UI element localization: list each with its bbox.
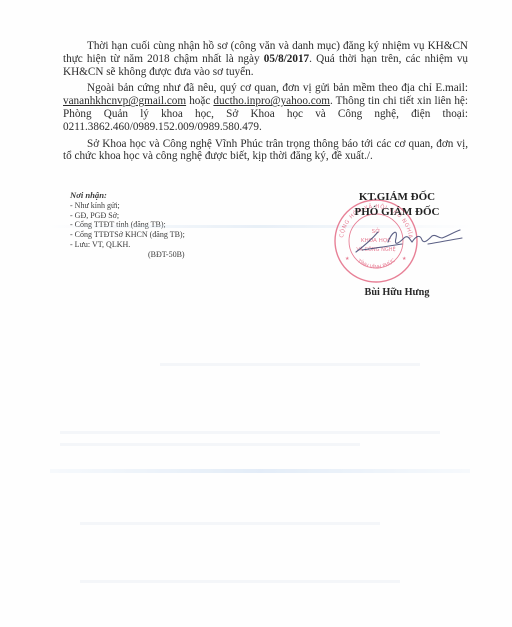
closing-paragraph: Sở Khoa học và Công nghệ Vĩnh Phúc trân … <box>63 138 468 164</box>
bleed-through <box>60 431 440 434</box>
email-link-gmail[interactable]: vananhkhcnvp@gmail.com <box>63 95 186 107</box>
closing-text: Sở Khoa học và Công nghệ Vĩnh Phúc trân … <box>63 138 468 163</box>
contact-text-or: hoặc <box>186 95 213 107</box>
signer-position: PHÓ GIÁM ĐỐC <box>327 205 467 220</box>
contact-text: Ngoài bản cứng như đã nêu, quý cơ quan, … <box>87 82 468 94</box>
document-body: Thời hạn cuối cùng nhận hồ sơ (công văn … <box>63 40 468 167</box>
signer-name: Bùi Hữu Hưng <box>327 287 467 298</box>
recipient-item: - GĐ, PGĐ Sở; <box>70 211 250 221</box>
email-link-yahoo[interactable]: ductho.inpro@yahoo.com <box>213 95 330 107</box>
deadline-date: 05/8/2017 <box>264 53 309 65</box>
bleed-through <box>80 580 400 583</box>
recipient-item: - Cổng TTĐTSở KHCN (đăng TB); <box>70 230 250 240</box>
bleed-through <box>80 522 380 525</box>
signature-block: KT.GIÁM ĐỐC PHÓ GIÁM ĐỐC <box>327 190 467 219</box>
recipients-title: Nơi nhận: <box>70 191 250 201</box>
deadline-paragraph: Thời hạn cuối cùng nhận hồ sơ (công văn … <box>63 40 468 79</box>
recipient-item: - Như kính gửi; <box>70 201 250 211</box>
recipient-item: - Lưu: VT, QLKH. <box>70 240 250 250</box>
document-page: Thời hạn cuối cùng nhận hồ sơ (công văn … <box>0 0 512 627</box>
contact-paragraph: Ngoài bản cứng như đã nêu, quý cơ quan, … <box>63 82 468 134</box>
bleed-through <box>60 443 360 446</box>
bleed-through <box>160 363 420 366</box>
scan-artifact <box>50 469 470 473</box>
handwritten-signature-icon <box>350 222 465 260</box>
document-code: (BĐT-50B) <box>70 250 250 260</box>
signer-authority: KT.GIÁM ĐỐC <box>327 190 467 205</box>
